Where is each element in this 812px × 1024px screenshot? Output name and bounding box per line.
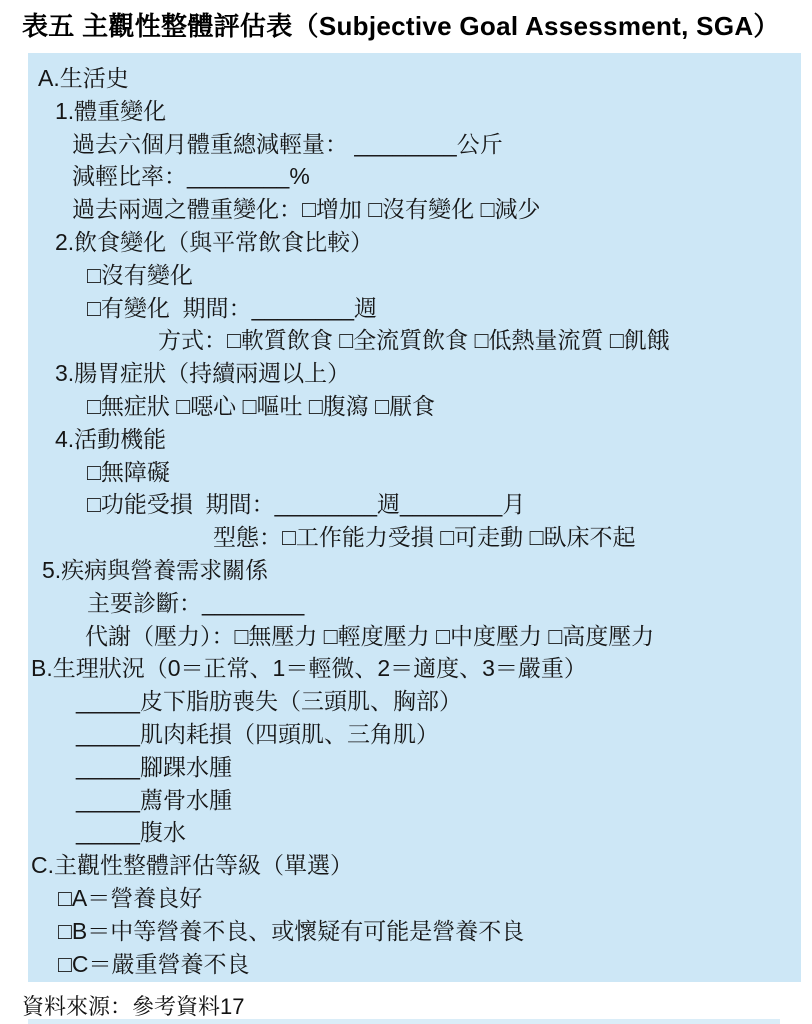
page-title: 表五 主觀性整體評估表（Subjective Goal Assessment, …: [22, 6, 802, 43]
line-grade-c: □C＝嚴重營養不良: [28, 948, 801, 981]
line-disease-nutrition: 5.疾病與營養需求關係: [28, 554, 801, 587]
source-note: 資料來源：參考資料17: [22, 990, 244, 1021]
line-impaired-duration: □功能受損 期間：________週________月: [28, 488, 801, 521]
line-grade-a: □A＝營養良好: [28, 882, 801, 915]
line-metabolic-stress: 代謝（壓力）：□無壓力 □輕度壓力 □中度壓力 □高度壓力: [28, 620, 801, 653]
line-2wk-weight-change: 過去兩週之體重變化：□增加 □沒有變化 □減少: [28, 193, 801, 226]
line-loss-ratio: 減輕比率：________%: [28, 160, 801, 193]
form-panel: A.生活史 1.體重變化 過去六個月體重總減輕量： ________公斤 減輕比…: [28, 53, 801, 982]
line-muscle-loss: _____肌肉耗損（四頭肌、三角肌）: [28, 718, 801, 751]
line-diet-no-change: □沒有變化: [28, 259, 801, 292]
line-weight-loss-6mo: 過去六個月體重總減輕量： ________公斤: [28, 128, 801, 161]
line-b-header: B.生理狀況（0＝正常、1＝輕微、2＝適度、3＝嚴重）: [28, 652, 801, 685]
line-sacral-edema: _____薦骨水腫: [28, 784, 801, 817]
line-grade-b: □B＝中等營養不良、或懷疑有可能是營養不良: [28, 915, 801, 948]
line-weight-change: 1.體重變化: [28, 95, 801, 128]
line-fat-loss: _____皮下脂肪喪失（三頭肌、胸部）: [28, 685, 801, 718]
line-gi-options: □無症狀 □噁心 □嘔吐 □腹瀉 □厭食: [28, 390, 801, 423]
line-no-impairment: □無障礙: [28, 456, 801, 489]
line-gi-symptoms: 3.腸胃症狀（持續兩週以上）: [28, 357, 801, 390]
line-activity: 4.活動機能: [28, 423, 801, 456]
line-impairment-type: 型態：□工作能力受損 □可走動 □臥床不起: [28, 521, 801, 554]
line-diet-changed: □有變化 期間：________週: [28, 292, 801, 325]
line-a-header: A.生活史: [28, 62, 801, 95]
line-diet-mode: 方式：□軟質飲食 □全流質飲食 □低熱量流質 □飢餓: [28, 324, 801, 357]
line-ascites: _____腹水: [28, 816, 801, 849]
line-diet-change: 2.飲食變化（與平常飲食比較）: [28, 226, 801, 259]
line-main-diagnosis: 主要診斷：________: [28, 587, 801, 620]
next-table-edge: [28, 1019, 780, 1024]
line-ankle-edema: _____腳踝水腫: [28, 751, 801, 784]
line-c-header: C.主觀性整體評估等級（單選）: [28, 849, 801, 882]
